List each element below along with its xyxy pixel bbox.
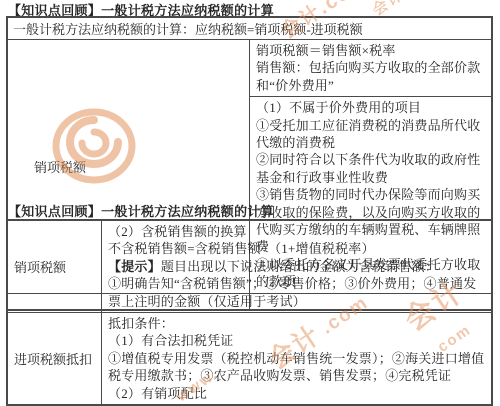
section2-title: 【知识点回顾】一般计税方法应纳税额的计算 [8, 201, 274, 220]
table-row: 进项税额抵扣 抵扣条件： （1）有合法扣税凭证 ①增值税专用发票（税控机动车销售… [7, 313, 492, 406]
hint-tag: 【提示】 [108, 259, 161, 274]
hint-text: 题目出现以下说法则给出的金额为含税销售额： [161, 259, 438, 274]
cell-line: （2）含税销售额的换算 [108, 223, 487, 240]
table-row: 销项税额 （2）含税销售额的换算 不含税销售额=含税销售额÷（1+增值税税率） … [7, 220, 492, 313]
row-label-output-tax: 销项税额 [7, 220, 102, 313]
cell-line: （1）有合法扣税凭证 [108, 332, 487, 349]
row-label-input-tax-deduction: 进项税额抵扣 [7, 313, 102, 406]
cell-line: ①受托加工应征消费税的消费品所代收代缴的消费税 [256, 117, 487, 152]
cell-line: （1）不属于价外费用的项目 [256, 99, 487, 116]
table-header-cell: 一般计税方法应纳税额的计算：应纳税额=销项税额-进项税额 [7, 17, 492, 40]
cell-line: ①明确告知“含税销售额”；②零售价格；③价外费用；④普通发票上注明的金额（仅适用… [108, 275, 487, 310]
cell-line: 【提示】题目出现以下说法则给出的金额为含税销售额： [108, 258, 487, 275]
cell-line: ①增值税专用发票（税控机动车销售统一发票）；②海关进口增值税专用缴款书；③农产品… [108, 350, 487, 385]
tax-calc-table-2: 销项税额 （2）含税销售额的换算 不含税销售额=含税销售额÷（1+增值税税率） … [6, 219, 493, 406]
cell-deduction-conditions: 抵扣条件： （1）有合法扣税凭证 ①增值税专用发票（税控机动车销售统一发票）；②… [102, 313, 493, 406]
cell-tax-inclusive-conversion: （2）含税销售额的换算 不含税销售额=含税销售额÷（1+增值税税率） 【提示】题… [102, 220, 493, 313]
cell-line: 抵扣条件： [108, 315, 487, 332]
cell-line: 不含税销售额=含税销售额÷（1+增值税税率） [108, 240, 487, 257]
cell-line: ②同时符合以下条件代为收取的政府性基金和行政事业性收费 [256, 151, 487, 186]
cell-line: 销售额：包括向购买方收取的全部价款和“价外费用” [256, 59, 487, 94]
study-note-page: { "colors": { "border": "#4a4a4a", "text… [0, 0, 500, 406]
table-row: 销项税额 销项税额＝销售额×税率 销售额：包括向购买方收取的全部价款和“价外费用… [7, 40, 492, 97]
cell-output-tax-formula: 销项税额＝销售额×税率 销售额：包括向购买方收取的全部价款和“价外费用” [250, 40, 493, 97]
cell-line: （2）有销项配比 [108, 385, 487, 402]
cell-line: 销项税额＝销售额×税率 [256, 42, 487, 59]
table-row: 一般计税方法应纳税额的计算：应纳税额=销项税额-进项税额 [7, 17, 492, 40]
